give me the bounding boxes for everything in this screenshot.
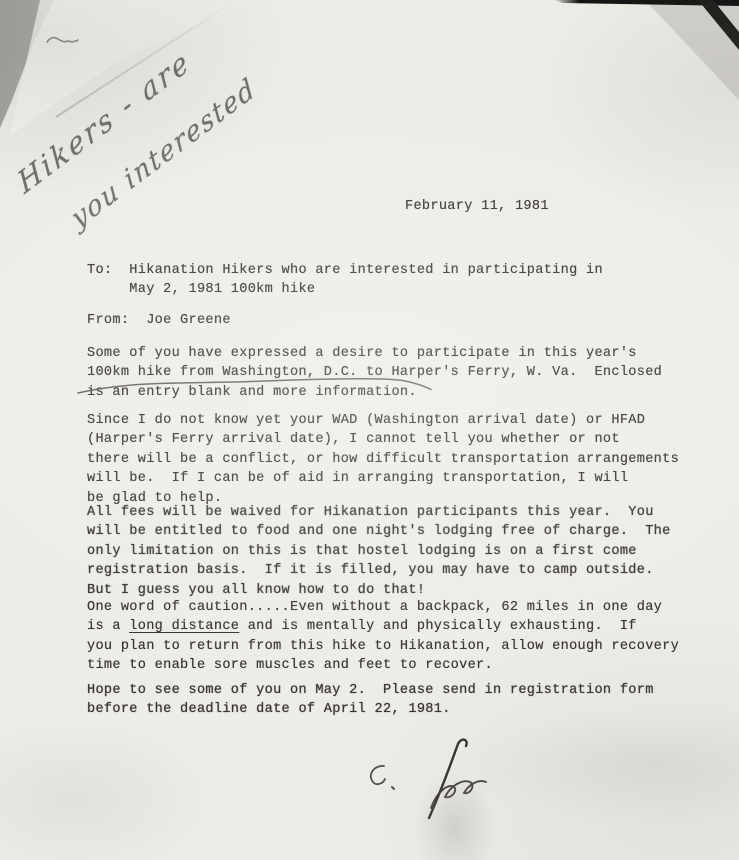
paragraph-wad-hfad: Since I do not know yet your WAD (Washin… xyxy=(87,411,679,508)
scanned-letter-page: Hikers - are you interested February 11,… xyxy=(0,0,739,860)
paragraph-fees-waived: All fees will be waived for Hikanation p… xyxy=(87,503,671,600)
from-block: From: Joe Greene xyxy=(87,311,231,330)
pencil-scribble-mark xyxy=(44,28,84,52)
paragraph-closing: Hope to see some of you on May 2. Please… xyxy=(87,681,654,720)
to-block: To: Hikanation Hikers who are interested… xyxy=(87,261,603,300)
underlined-long-distance: long distance xyxy=(129,619,239,634)
paragraph-caution: One word of caution.....Even without a b… xyxy=(87,598,679,676)
date-line: February 11, 1981 xyxy=(405,197,549,216)
signature-scrawl xyxy=(356,736,526,828)
pen-underline xyxy=(74,372,446,400)
